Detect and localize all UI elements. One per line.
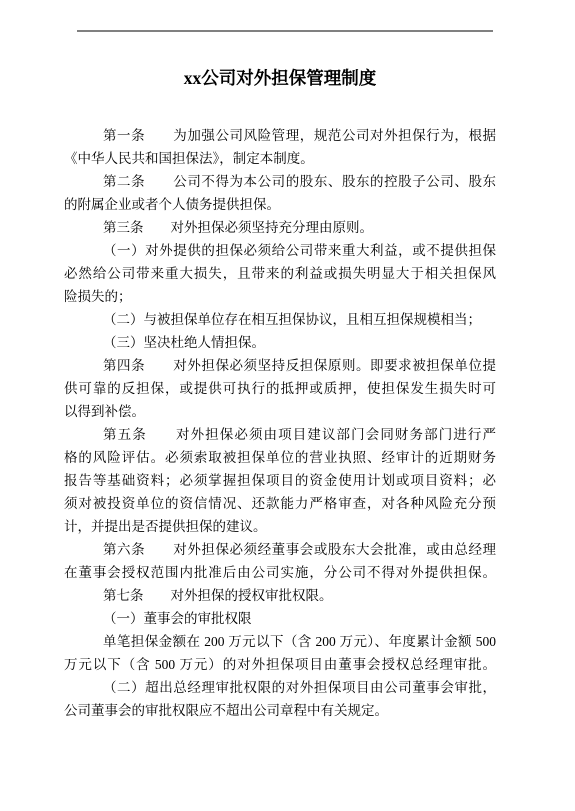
document-title: xx公司对外担保管理制度 [64,64,496,92]
text-line: 格的风险评估。必须索取被担保单位的营业执照、经审计的近期财务 [64,446,496,469]
paragraph-approval-item-2: （二）超出总经理审批权限的对外担保项目由公司董事会审批， 公司董事会的审批权限应… [64,676,496,722]
text-line: 《中华人民共和国担保法》，制定本制度。 [64,147,496,170]
text-line: 第二条 公司不得为本公司的股东、股东的控股子公司、股东 [64,170,496,193]
paragraph-article-5: 第五条 对外担保必须由项目建议部门会同财务部门进行严 格的风险评估。必须索取被担… [64,423,496,538]
text-line: 单笔担保金额在 200 万元以下（含 200 万元）、年度累计金额 500 [64,630,496,653]
text-line: 第六条 对外担保必须经董事会或股东大会批准，或由总经理 [64,538,496,561]
text-line: 的附属企业或者个人债务提供担保。 [64,193,496,216]
text-line: 以得到补偿。 [64,400,496,423]
text-line: 供可靠的反担保，或提供可执行的抵押或质押，使担保发生损失时可 [64,377,496,400]
text-line: 第七条 对外担保的授权审批权限。 [64,584,496,607]
text-line: 报告等基础资料；必须掌握担保项目的资金使用计划或项目资料；必 [64,469,496,492]
text-line: 公司董事会的审批权限应不超出公司章程中有关规定。 [64,699,496,722]
text-line: （二）超出总经理审批权限的对外担保项目由公司董事会审批， [64,676,496,699]
paragraph-article-6: 第六条 对外担保必须经董事会或股东大会批准，或由总经理 在董事会授权范围内批准后… [64,538,496,584]
document-page: xx公司对外担保管理制度 第一条 为加强公司风险管理，规范公司对外担保行为，根据… [0,0,575,811]
paragraph-article-3: 第三条 对外担保必须坚持充分理由原则。 [64,216,496,239]
text-line: 万元以下（含 500 万元）的对外担保项目由董事会授权总经理审批。 [64,653,496,676]
text-line: （三）坚决杜绝人情担保。 [64,331,496,354]
text-line: 在董事会授权范围内批准后由公司实施，分公司不得对外提供担保。 [64,561,496,584]
text-line: 第四条 对外担保必须坚持反担保原则。即要求被担保单位提 [64,354,496,377]
paragraph-approval-item-1: （一）董事会的审批权限 [64,607,496,630]
text-line: 第三条 对外担保必须坚持充分理由原则。 [64,216,496,239]
text-line: （二）与被担保单位存在相互担保协议，且相互担保规模相当； [64,308,496,331]
paragraph-item-3: （三）坚决杜绝人情担保。 [64,331,496,354]
paragraph-article-7: 第七条 对外担保的授权审批权限。 [64,584,496,607]
paragraph-article-4: 第四条 对外担保必须坚持反担保原则。即要求被担保单位提 供可靠的反担保，或提供可… [64,354,496,423]
document-content: xx公司对外担保管理制度 第一条 为加强公司风险管理，规范公司对外担保行为，根据… [64,0,496,722]
paragraph-approval-limit: 单笔担保金额在 200 万元以下（含 200 万元）、年度累计金额 500 万元… [64,630,496,676]
text-line: （一）对外提供的担保必须给公司带来重大利益，或不提供担保 [64,239,496,262]
text-line: 计，并提出是否提供担保的建议。 [64,515,496,538]
text-line: 必然给公司带来重大损失，且带来的利益或损失明显大于相关担保风 [64,262,496,285]
text-line: 第一条 为加强公司风险管理，规范公司对外担保行为，根据 [64,124,496,147]
text-line: 须对被投资单位的资信情况、还款能力严格审查，对各种风险充分预 [64,492,496,515]
text-line: 第五条 对外担保必须由项目建议部门会同财务部门进行严 [64,423,496,446]
paragraph-item-1: （一）对外提供的担保必须给公司带来重大利益，或不提供担保 必然给公司带来重大损失… [64,239,496,308]
paragraph-item-2: （二）与被担保单位存在相互担保协议，且相互担保规模相当； [64,308,496,331]
paragraph-article-1: 第一条 为加强公司风险管理，规范公司对外担保行为，根据 《中华人民共和国担保法》… [64,124,496,170]
text-line: 险损失的； [64,285,496,308]
paragraph-article-2: 第二条 公司不得为本公司的股东、股东的控股子公司、股东 的附属企业或者个人债务提… [64,170,496,216]
text-line: （一）董事会的审批权限 [64,607,496,630]
